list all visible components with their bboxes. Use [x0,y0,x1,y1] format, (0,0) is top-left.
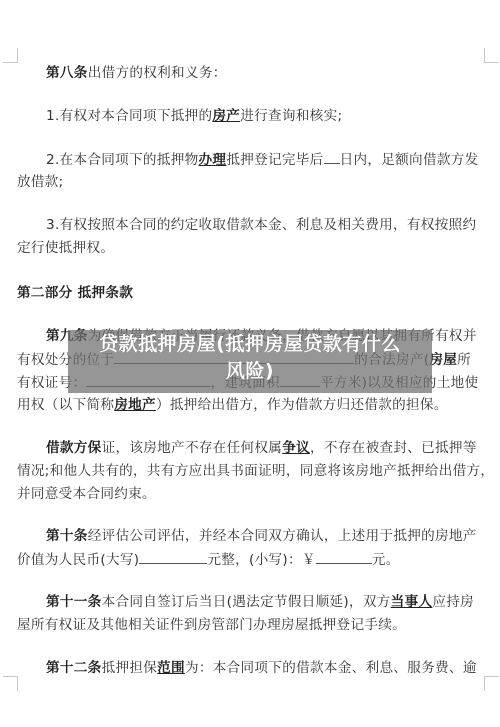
text: 情况;和他人共有的，共有方应出具书面证明，同意将该房地产抵押给出借方， [17,463,494,479]
text: 所 [457,352,471,368]
keyword-link-real-estate[interactable]: 房地产 [114,397,156,413]
text: 经评估公司评估，并经本合同双方确认，上述用于抵押的房地产 [88,528,477,544]
text: 定行使抵押权。 [17,240,114,256]
article-11-line-2: 屋所有权证及其他相关证件到房管部门办理房屋抵押登记手续。 [17,615,406,635]
text: 用权（以下简称 [17,397,114,413]
text: 3.有权按照本合同的约定收取借款本金、利息及相关费用，有权按照约 [46,217,476,233]
guarantee-line-1: 借款方保证，该房地产不存在任何权属争议，不存在被查封、已抵押等 [46,438,477,458]
text: 抵押担保 [102,660,158,676]
text: 进行查询和核实; [240,108,342,124]
blank-field-days [324,149,340,164]
text: 放借款; [17,174,64,190]
article-number: 第十条 [46,528,88,544]
page-corner-mark [3,676,18,691]
keyword-link-parties[interactable]: 当事人 [391,594,433,610]
article-number: 第八条 [46,65,88,81]
text: ）抵押给出借方，作为借款方归还借款的担保。 [156,397,448,413]
keyword-link-property[interactable]: 房产 [212,108,240,124]
article-8-item-2: 2.在本合同项下的抵押物办理抵押登记完毕后日内，足额向借款方发 [46,149,479,170]
text: 元。 [372,552,400,568]
article-8-item-2-cont: 放借款; [17,172,64,192]
text: 屋所有权证及其他相关证件到房管部门办理房屋抵押登记手续。 [17,617,406,633]
keyword-link-dispute[interactable]: 争议 [282,440,310,456]
article-title: 出借方的权利和义务： [88,65,227,81]
guarantee-label: 借款方保 [46,440,102,456]
article-11-line-1: 第十一条本合同自签订后当日(遇法定节假日顺延)，双方当事人应持房 [46,592,474,612]
article-10-line-2: 价值为人民币(大写)元整，(小写)：￥元。 [17,549,400,570]
keyword-link-scope[interactable]: 范围 [157,660,185,676]
text: ，不存在被查封、已抵押等 [310,440,477,456]
overlay-title-line-1: 贷款抵押房屋(抵押房屋贷款有什么 [68,331,432,358]
article-12-line-1: 第十二条抵押担保范围为：本合同项下的借款本金、利息、服务费、逾 [46,658,477,678]
text: 日内，足额向借款方发 [340,152,479,168]
text: 并同意受本合同约束。 [17,486,156,502]
keyword-link-handle[interactable]: 办理 [199,152,227,168]
article-8-item-1: 1.有权对本合同项下抵押的房产进行查询和核实; [46,106,342,126]
section-title: 第二部分 抵押条款 [17,285,133,301]
text: 1.有权对本合同项下抵押的 [46,108,212,124]
keyword-house: 房屋 [429,352,457,368]
overlay-title: 贷款抵押房屋(抵押房屋贷款有什么 风险) [68,331,432,385]
page-corner-mark [3,48,18,63]
article-number: 第十一条 [46,594,102,610]
blank-field-amount-numeric [316,549,372,564]
text: 价值为人民币(大写) [17,552,139,568]
page-corner-mark [484,676,499,691]
guarantee-line-3: 并同意受本合同约束。 [17,484,156,504]
article-10-line-1: 第十条经评估公司评估，并经本合同双方确认，上述用于抵押的房地产 [46,526,477,546]
text: 本合同自签订后当日(遇法定节假日顺延)，双方 [102,594,391,610]
part-2-heading: 第二部分 抵押条款 [17,283,133,303]
overlay-title-line-2: 风险) [68,358,432,385]
blank-field-amount-words [139,549,207,564]
text: 元整，(小写)：￥ [207,552,315,568]
text: 为：本合同项下的借款本金、利息、服务费、逾 [185,660,477,676]
text: 抵押登记完毕后 [226,152,323,168]
text: 2.在本合同项下的抵押物 [46,152,199,168]
article-8-item-3: 3.有权按照本合同的约定收取借款本金、利息及相关费用，有权按照约 [46,215,476,235]
text: 应持房 [432,594,474,610]
page-corner-mark [484,48,499,63]
document-page: 第八条出借方的权利和义务： 1.有权对本合同项下抵押的房产进行查询和核实; 2.… [0,0,500,727]
article-9-line-4: 用权（以下简称房地产）抵押给出借方，作为借款方归还借款的担保。 [17,395,448,415]
article-8-heading: 第八条出借方的权利和义务： [46,63,227,83]
guarantee-line-2: 情况;和他人共有的，共有方应出具书面证明，同意将该房地产抵押给出借方， [17,461,494,481]
text: 证，该房地产不存在任何权属 [102,440,283,456]
article-8-item-3-cont: 定行使抵押权。 [17,238,114,258]
article-number: 第十二条 [46,660,102,676]
